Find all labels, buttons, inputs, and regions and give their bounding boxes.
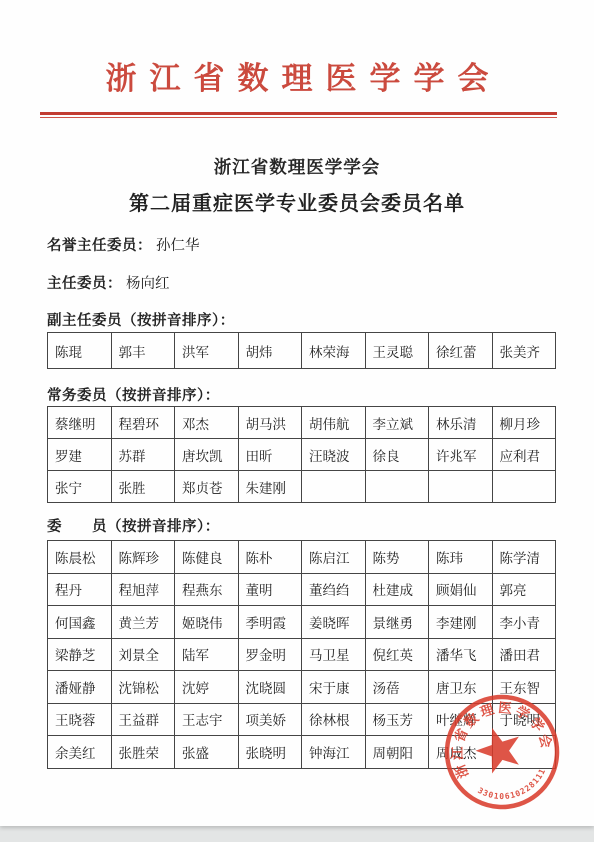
- member-name-cell: 程碧环: [111, 407, 175, 439]
- member-name-cell: 王灵聪: [365, 333, 429, 369]
- chair-label: 主任委员：: [47, 276, 122, 292]
- member-name-cell: 汤蓓: [365, 671, 429, 704]
- member-name-cell: 罗建: [48, 439, 112, 471]
- table-row: 张宁张胜郑贞苍朱建刚: [48, 471, 556, 503]
- member-name-cell: 何国鑫: [48, 606, 112, 639]
- member-name-cell: 沈锦松: [111, 671, 175, 704]
- member-name-cell: 苏群: [111, 439, 175, 471]
- member-name-cell: 董绉绉: [302, 573, 366, 606]
- member-name-cell: 程丹: [48, 573, 112, 606]
- member-name-cell: [492, 736, 556, 769]
- member-name-cell: 潘华飞: [429, 638, 493, 671]
- document-title: 浙江省数理医学学会: [0, 154, 594, 179]
- member-name-cell: 唐坎凯: [175, 439, 239, 471]
- member-name-cell: 景继勇: [365, 606, 429, 639]
- member-name-cell: 姬晓伟: [175, 606, 239, 639]
- member-name-cell: [429, 471, 493, 503]
- member-name-cell: 李小青: [492, 606, 556, 639]
- member-name-cell: 杨玉芳: [365, 703, 429, 736]
- member-name-cell: 蔡继明: [48, 407, 112, 439]
- member-name-cell: 李立斌: [365, 407, 429, 439]
- document-subtitle: 第二届重症医学专业委员会委员名单: [0, 187, 594, 216]
- member-name-cell: 黄兰芳: [111, 606, 175, 639]
- member-name-cell: 郭丰: [111, 333, 175, 369]
- member-name-cell: 余美红: [48, 736, 112, 769]
- table-row: 陈琨郭丰洪军胡炜林荣海王灵聪徐红蕾张美齐: [48, 333, 556, 369]
- letterhead-org-name: 浙江省数理医学学会: [0, 57, 594, 101]
- member-name-cell: 郑贞苍: [175, 471, 239, 503]
- member-name-cell: 季明霞: [238, 606, 302, 639]
- member-name-cell: 陈辉珍: [111, 541, 175, 574]
- table-row: 梁静芝刘景全陆军罗金明马卫星倪红英潘华飞潘田君: [48, 638, 556, 671]
- member-name-cell: 项美娇: [238, 703, 302, 736]
- member-name-cell: [302, 471, 366, 503]
- member-name-cell: 陈学清: [492, 541, 556, 574]
- seal-number-text: 33010610228111: [474, 765, 553, 811]
- chair-line: 主任委员：杨向红: [47, 272, 170, 293]
- member-name-cell: 陈健良: [175, 541, 239, 574]
- member-name-cell: 杜建成: [365, 573, 429, 606]
- member-name-cell: 程旭萍: [111, 573, 175, 606]
- member-name-cell: 董明: [238, 573, 302, 606]
- member-name-cell: 程燕东: [175, 573, 239, 606]
- chair-name: 杨向红: [126, 276, 170, 292]
- members-section-label: 委 员（按拼音排序）：: [47, 515, 220, 536]
- member-name-cell: 柳月珍: [492, 407, 556, 439]
- member-name-cell: 沈婷: [175, 671, 239, 704]
- member-name-cell: 田昕: [238, 439, 302, 471]
- member-name-cell: 朱建刚: [238, 471, 302, 503]
- table-row: 余美红张胜荣张盛张晓明钟海江周朝阳周成杰: [48, 736, 556, 769]
- member-name-cell: 沈晓圆: [238, 671, 302, 704]
- member-name-cell: 王志宇: [175, 703, 239, 736]
- member-name-cell: 姜晓晖: [302, 606, 366, 639]
- member-name-cell: 倪红英: [365, 638, 429, 671]
- table-row: 罗建苏群唐坎凯田昕汪晓波徐良许兆军应利君: [48, 439, 556, 471]
- member-name-cell: 顾娟仙: [429, 573, 493, 606]
- member-name-cell: 陆军: [175, 638, 239, 671]
- member-name-cell: 罗金明: [238, 638, 302, 671]
- member-name-cell: 胡马洪: [238, 407, 302, 439]
- member-name-cell: 胡伟航: [302, 407, 366, 439]
- table-row: 蔡继明程碧环邓杰胡马洪胡伟航李立斌林乐清柳月珍: [48, 407, 556, 439]
- table-row: 何国鑫黄兰芳姬晓伟季明霞姜晓晖景继勇李建刚李小青: [48, 606, 556, 639]
- table-row: 王晓蓉王益群王志宇项美娇徐林根杨玉芳叶继辉于晓明: [48, 703, 556, 736]
- member-name-cell: 林荣海: [302, 333, 366, 369]
- member-name-cell: 王益群: [111, 703, 175, 736]
- member-name-cell: 林乐清: [429, 407, 493, 439]
- document-page: 浙江省数理医学学会 浙江省数理医学学会 第二届重症医学专业委员会委员名单 名誉主…: [0, 0, 594, 826]
- member-name-cell: 马卫星: [302, 638, 366, 671]
- member-name-cell: 洪军: [175, 333, 239, 369]
- member-name-cell: 徐红蕾: [429, 333, 493, 369]
- member-name-cell: 唐卫东: [429, 671, 493, 704]
- member-name-cell: 于晓明: [492, 703, 556, 736]
- member-name-cell: 陈启江: [302, 541, 366, 574]
- member-name-cell: 陈琨: [48, 333, 112, 369]
- member-name-cell: 梁静芝: [48, 638, 112, 671]
- vice-chairs-section-label: 副主任委员（按拼音排序）：: [47, 309, 235, 330]
- member-name-cell: 潘娅静: [48, 671, 112, 704]
- svg-text:33010610228111: 33010610228111: [474, 765, 553, 811]
- member-name-cell: 陈朴: [238, 541, 302, 574]
- member-name-cell: 李建刚: [429, 606, 493, 639]
- member-name-cell: 张宁: [48, 471, 112, 503]
- member-name-cell: 许兆军: [429, 439, 493, 471]
- member-name-cell: 陈晨松: [48, 541, 112, 574]
- member-name-cell: 周成杰: [429, 736, 493, 769]
- divider-thin-line: [40, 117, 557, 118]
- member-name-cell: 徐林根: [302, 703, 366, 736]
- member-name-cell: 王东智: [492, 671, 556, 704]
- member-name-cell: 张胜荣: [111, 736, 175, 769]
- member-name-cell: 陈玮: [429, 541, 493, 574]
- divider-thick-line: [40, 112, 557, 115]
- member-name-cell: 叶继辉: [429, 703, 493, 736]
- standing-members-section-label: 常务委员（按拼音排序）：: [47, 384, 220, 405]
- member-name-cell: 应利君: [492, 439, 556, 471]
- member-name-cell: [492, 471, 556, 503]
- honorary-chair-line: 名誉主任委员：孙仁华: [47, 234, 200, 255]
- member-name-cell: 钟海江: [302, 736, 366, 769]
- vice-chairs-table: 陈琨郭丰洪军胡炜林荣海王灵聪徐红蕾张美齐: [47, 332, 556, 369]
- table-row: 程丹程旭萍程燕东董明董绉绉杜建成顾娟仙郭亮: [48, 573, 556, 606]
- table-row: 潘娅静沈锦松沈婷沈晓圆宋于康汤蓓唐卫东王东智: [48, 671, 556, 704]
- member-name-cell: 张盛: [175, 736, 239, 769]
- member-name-cell: 王晓蓉: [48, 703, 112, 736]
- letterhead-divider: [40, 112, 557, 118]
- member-name-cell: 郭亮: [492, 573, 556, 606]
- standing-members-table: 蔡继明程碧环邓杰胡马洪胡伟航李立斌林乐清柳月珍罗建苏群唐坎凯田昕汪晓波徐良许兆军…: [47, 406, 556, 503]
- member-name-cell: 张胜: [111, 471, 175, 503]
- member-name-cell: 宋于康: [302, 671, 366, 704]
- member-name-cell: 汪晓波: [302, 439, 366, 471]
- member-name-cell: 刘景全: [111, 638, 175, 671]
- member-name-cell: 邓杰: [175, 407, 239, 439]
- member-name-cell: 陈势: [365, 541, 429, 574]
- member-name-cell: 周朝阳: [365, 736, 429, 769]
- members-table: 陈晨松陈辉珍陈健良陈朴陈启江陈势陈玮陈学清程丹程旭萍程燕东董明董绉绉杜建成顾娟仙…: [47, 540, 556, 769]
- honorary-chair-name: 孙仁华: [156, 238, 200, 254]
- member-name-cell: 胡炜: [238, 333, 302, 369]
- member-name-cell: 徐良: [365, 439, 429, 471]
- table-row: 陈晨松陈辉珍陈健良陈朴陈启江陈势陈玮陈学清: [48, 541, 556, 574]
- member-name-cell: 张美齐: [492, 333, 556, 369]
- honorary-chair-label: 名誉主任委员：: [47, 238, 152, 254]
- member-name-cell: [365, 471, 429, 503]
- member-name-cell: 张晓明: [238, 736, 302, 769]
- member-name-cell: 潘田君: [492, 638, 556, 671]
